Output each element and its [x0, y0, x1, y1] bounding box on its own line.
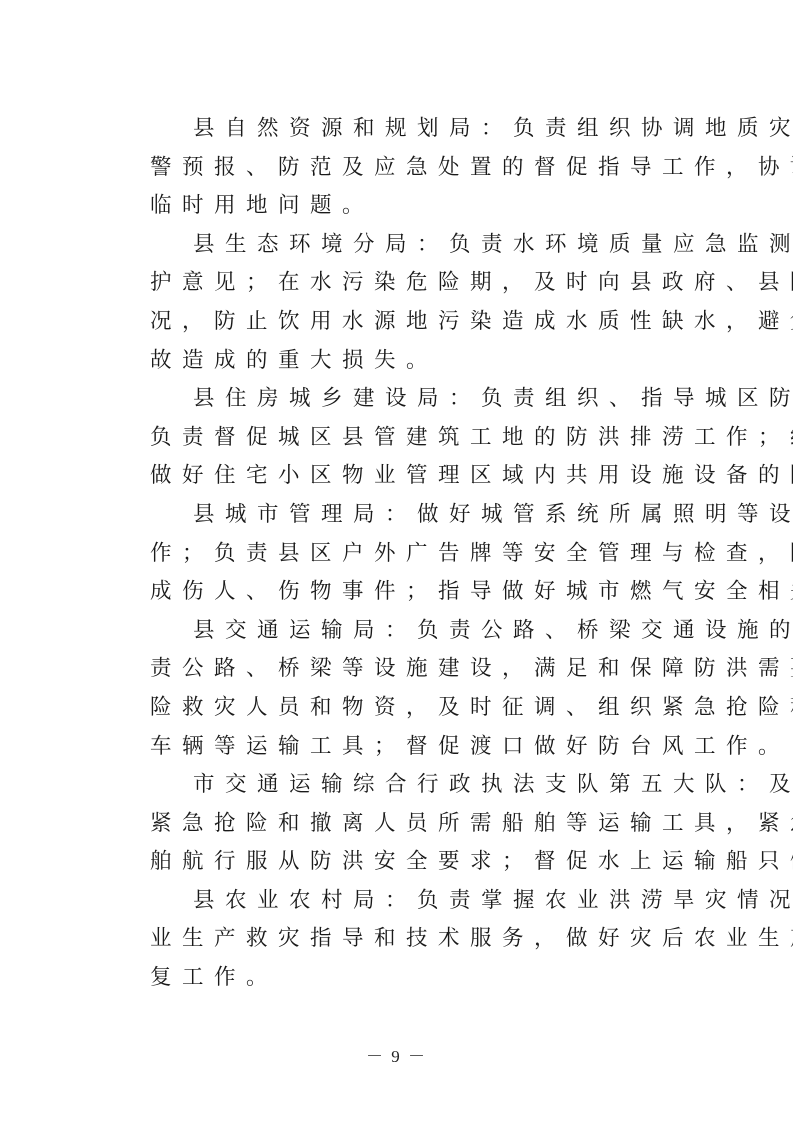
text-line: 负责督促城区县管建筑工地的防洪排涝工作；组织、指导物业 [107, 419, 700, 458]
text-line: 紧急抢险和撤离人员所需船舶等运输工具，紧急防汛期监督船 [107, 805, 700, 844]
text-line: 作；负责县区户外广告牌等安全管理与检查，防止风雨天气造 [107, 535, 700, 574]
text-line: 县生态环境分局：负责水环境质量应急监测，提出环境保 [107, 226, 700, 265]
text-line: 县城市管理局：做好城管系统所属照明等设施安全运行工 [107, 496, 700, 535]
text-line: 险救灾人员和物资，及时征调、组织紧急抢险和撤离人员所需 [107, 689, 700, 728]
page-number: － 9 － [0, 1042, 793, 1067]
text-line: 做好住宅小区物业管理区域内共用设施设备的防洪排涝工作。 [107, 457, 700, 496]
text-line: 临时用地问题。 [107, 187, 700, 226]
paragraph-natural-resources: 县自然资源和规划局：负责组织协调地质灾害的监测、预 警预报、防范及应急处置的督促… [107, 110, 700, 226]
paragraph-urban-management: 县城市管理局：做好城管系统所属照明等设施安全运行工 作；负责县区户外广告牌等安全… [107, 496, 700, 612]
text-line: 县交通运输局：负责公路、桥梁交通设施的防洪安全；负 [107, 612, 700, 651]
text-line: 故造成的重大损失。 [107, 342, 700, 381]
document-page: 县自然资源和规划局：负责组织协调地质灾害的监测、预 警预报、防范及应急处置的督促… [0, 0, 793, 1122]
text-line: 复工作。 [107, 959, 700, 998]
text-line: 车辆等运输工具；督促渡口做好防台风工作。 [107, 728, 700, 767]
paragraph-transportation: 县交通运输局：负责公路、桥梁交通设施的防洪安全；负 责公路、桥梁等设施建设，满足… [107, 612, 700, 766]
text-line: 成伤人、伤物事件；指导做好城市燃气安全相关工作。 [107, 573, 700, 612]
text-line: 市交通运输综合行政执法支队第五大队：及时征调、组织 [107, 766, 700, 805]
text-line: 县住房城乡建设局：负责组织、指导城区防汛排涝工作； [107, 380, 700, 419]
paragraph-ecology-environment: 县生态环境分局：负责水环境质量应急监测，提出环境保 护意见；在水污染危险期，及时… [107, 226, 700, 380]
text-line: 县自然资源和规划局：负责组织协调地质灾害的监测、预 [107, 110, 700, 149]
paragraph-housing-construction: 县住房城乡建设局：负责组织、指导城区防汛排涝工作； 负责督促城区县管建筑工地的防… [107, 380, 700, 496]
text-line: 业生产救灾指导和技术服务，做好灾后农业生产自救和生产恢 [107, 920, 700, 959]
paragraph-agriculture-rural: 县农业农村局：负责掌握农业洪涝旱灾情况，组织开展农 业生产救灾指导和技术服务，做… [107, 882, 700, 998]
text-line: 县农业农村局：负责掌握农业洪涝旱灾情况，组织开展农 [107, 882, 700, 921]
text-line: 警预报、防范及应急处置的督促指导工作，协调解决防汛抢险 [107, 149, 700, 188]
text-line: 舶航行服从防洪安全要求；督促水上运输船只做好防台风工作。 [107, 843, 700, 882]
text-line: 护意见；在水污染危险期，及时向县政府、县防指报告水质状 [107, 264, 700, 303]
paragraph-transport-enforcement: 市交通运输综合行政执法支队第五大队：及时征调、组织 紧急抢险和撤离人员所需船舶等… [107, 766, 700, 882]
text-line: 况，防止饮用水源地污染造成水质性缺水，避免和减轻污染事 [107, 303, 700, 342]
document-body: 县自然资源和规划局：负责组织协调地质灾害的监测、预 警预报、防范及应急处置的督促… [107, 110, 689, 998]
text-line: 责公路、桥梁等设施建设，满足和保障防洪需要；优先运送抢 [107, 650, 700, 689]
